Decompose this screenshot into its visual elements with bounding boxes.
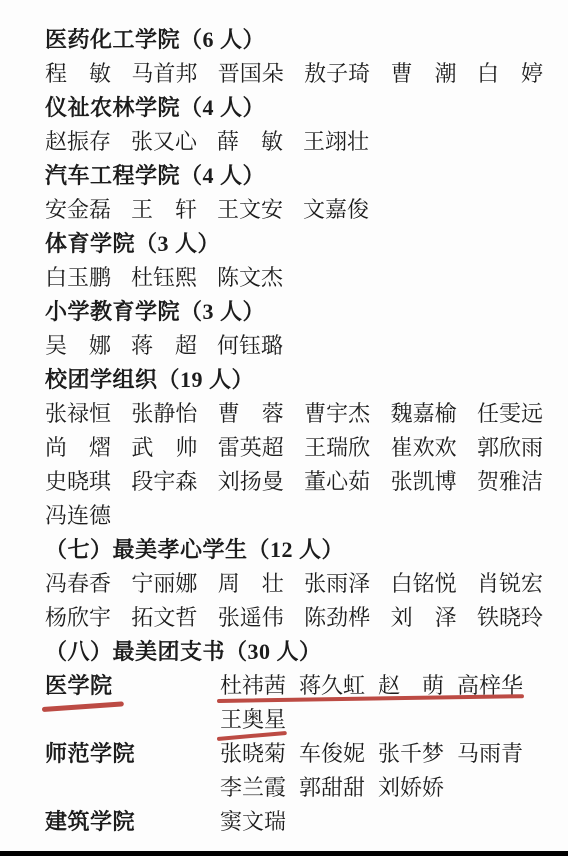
student-name: 史晓琪 [45, 465, 111, 499]
student-name: 刘 泽 [391, 601, 457, 635]
student-name: 赵 萌 [378, 669, 444, 703]
student-name: 拓文哲 [131, 601, 197, 635]
student-name: 曹宇杰 [304, 397, 370, 431]
student-name: 郭欣雨 [477, 431, 543, 465]
name-row: 吴 娜蒋 超何钰璐 [0, 329, 568, 363]
name-row: 张晓菊车俊妮张千梦马雨青 [220, 737, 523, 771]
name-row: 白玉鹏杜钰熙陈文杰 [0, 261, 568, 295]
name-row: 尚 熠武 帅雷英超王瑞欣崔欢欢郭欣雨 [0, 431, 568, 465]
name-row: 史晓琪段宇森刘扬曼董心茹张凯博贺雅洁 [0, 465, 568, 499]
name-row: 赵振存张又心薛 敏王翊壮 [0, 125, 568, 159]
student-name: 高梓华 [457, 669, 523, 703]
student-name: 杜祎茜 [220, 669, 286, 703]
student-name: 何钰璐 [217, 329, 283, 363]
college-heading: 小学教育学院（3 人） [0, 295, 568, 329]
student-name: 刘扬曼 [218, 465, 284, 499]
student-name: 宁丽娜 [131, 567, 197, 601]
student-name: 张静怡 [131, 397, 197, 431]
student-name: 贺雅洁 [477, 465, 543, 499]
student-name: 晋国朵 [218, 57, 284, 91]
name-row: 窦文瑞 [220, 805, 286, 839]
name-row: 王奥星 [220, 703, 286, 737]
name-row: 冯连德 [0, 499, 568, 533]
college-label: 师范学院 [45, 737, 220, 771]
student-name: 程 敏 [45, 57, 111, 91]
two-col-row: 医学院杜祎茜蒋久虹赵 萌高梓华 [0, 669, 568, 703]
student-name: 杜钰熙 [131, 261, 197, 295]
student-name: 王奥星 [220, 703, 286, 737]
student-name: 张晓菊 [220, 737, 286, 771]
student-name: 陈劲桦 [304, 601, 370, 635]
student-name: 赵振存 [45, 125, 111, 159]
section-heading: （八）最美团支书（30 人） [0, 635, 568, 669]
student-name: 杨欣宇 [45, 601, 111, 635]
college-heading: 校团学组织（19 人） [0, 363, 568, 397]
student-name: 张又心 [131, 125, 197, 159]
student-name: 陈文杰 [217, 261, 283, 295]
student-name: 车俊妮 [299, 737, 365, 771]
student-name: 尚 熠 [45, 431, 111, 465]
student-name: 冯连德 [45, 499, 111, 533]
section-heading: （七）最美孝心学生（12 人） [0, 533, 568, 567]
student-name: 王文安 [217, 193, 283, 227]
student-name: 窦文瑞 [220, 805, 286, 839]
student-name: 王翊壮 [303, 125, 369, 159]
student-name: 吴 娜 [45, 329, 111, 363]
student-name: 郭甜甜 [299, 771, 365, 805]
student-name: 张雨泽 [304, 567, 370, 601]
college-heading: 仪祉农林学院（4 人） [0, 91, 568, 125]
student-name: 曹 蓉 [218, 397, 284, 431]
name-row: 安金磊王 轩王文安文嘉俊 [0, 193, 568, 227]
student-name: 段宇森 [131, 465, 197, 499]
student-name: 崔欢欢 [391, 431, 457, 465]
two-col-row: 建筑学院窦文瑞 [0, 805, 568, 839]
student-name: 冯春香 [45, 567, 111, 601]
student-name: 文嘉俊 [303, 193, 369, 227]
college-heading: 体育学院（3 人） [0, 227, 568, 261]
name-row: 李兰霞郭甜甜刘娇娇 [220, 771, 444, 805]
student-name: 武 帅 [131, 431, 197, 465]
name-row: 杨欣宇拓文哲张遥伟陈劲桦刘 泽铁晓玲 [0, 601, 568, 635]
student-name: 雷英超 [218, 431, 284, 465]
student-name: 蒋久虹 [299, 669, 365, 703]
student-name: 白 婷 [477, 57, 543, 91]
name-row: 程 敏马首邦晋国朵敖子琦曹 潮白 婷 [0, 57, 568, 91]
student-name: 马首邦 [131, 57, 197, 91]
student-name: 张禄恒 [45, 397, 111, 431]
student-name: 薛 敏 [217, 125, 283, 159]
student-name: 白玉鹏 [45, 261, 111, 295]
student-name: 任雯远 [477, 397, 543, 431]
name-row: 冯春香宁丽娜周 壮张雨泽白铭悦肖锐宏 [0, 567, 568, 601]
student-name: 魏嘉榆 [391, 397, 457, 431]
student-name: 王 轩 [131, 193, 197, 227]
name-row: 杜祎茜蒋久虹赵 萌高梓华 [220, 669, 523, 703]
college-heading: 汽车工程学院（4 人） [0, 159, 568, 193]
student-name: 白铭悦 [391, 567, 457, 601]
two-col-row: 李兰霞郭甜甜刘娇娇 [0, 771, 568, 805]
student-name: 周 壮 [218, 567, 284, 601]
student-name: 王瑞欣 [304, 431, 370, 465]
student-name: 张千梦 [378, 737, 444, 771]
document-page: 医药化工学院（6 人）程 敏马首邦晋国朵敖子琦曹 潮白 婷仪祉农林学院（4 人）… [0, 0, 568, 856]
college-label: 医学院 [45, 669, 220, 703]
college-label: 建筑学院 [45, 805, 220, 839]
student-name: 张遥伟 [218, 601, 284, 635]
student-name: 蒋 超 [131, 329, 197, 363]
two-col-row: 师范学院张晓菊车俊妮张千梦马雨青 [0, 737, 568, 771]
document-body: 医药化工学院（6 人）程 敏马首邦晋国朵敖子琦曹 潮白 婷仪祉农林学院（4 人）… [0, 23, 568, 839]
student-name: 肖锐宏 [477, 567, 543, 601]
bottom-edge-bar [0, 851, 568, 856]
student-name: 张凯博 [391, 465, 457, 499]
student-name: 李兰霞 [220, 771, 286, 805]
student-name: 马雨青 [457, 737, 523, 771]
college-heading: 医药化工学院（6 人） [0, 23, 568, 57]
student-name: 曹 潮 [391, 57, 457, 91]
student-name: 安金磊 [45, 193, 111, 227]
student-name: 铁晓玲 [477, 601, 543, 635]
two-col-row: 王奥星 [0, 703, 568, 737]
student-name: 董心茹 [304, 465, 370, 499]
name-row: 张禄恒张静怡曹 蓉曹宇杰魏嘉榆任雯远 [0, 397, 568, 431]
student-name: 敖子琦 [304, 57, 370, 91]
student-name: 刘娇娇 [378, 771, 444, 805]
